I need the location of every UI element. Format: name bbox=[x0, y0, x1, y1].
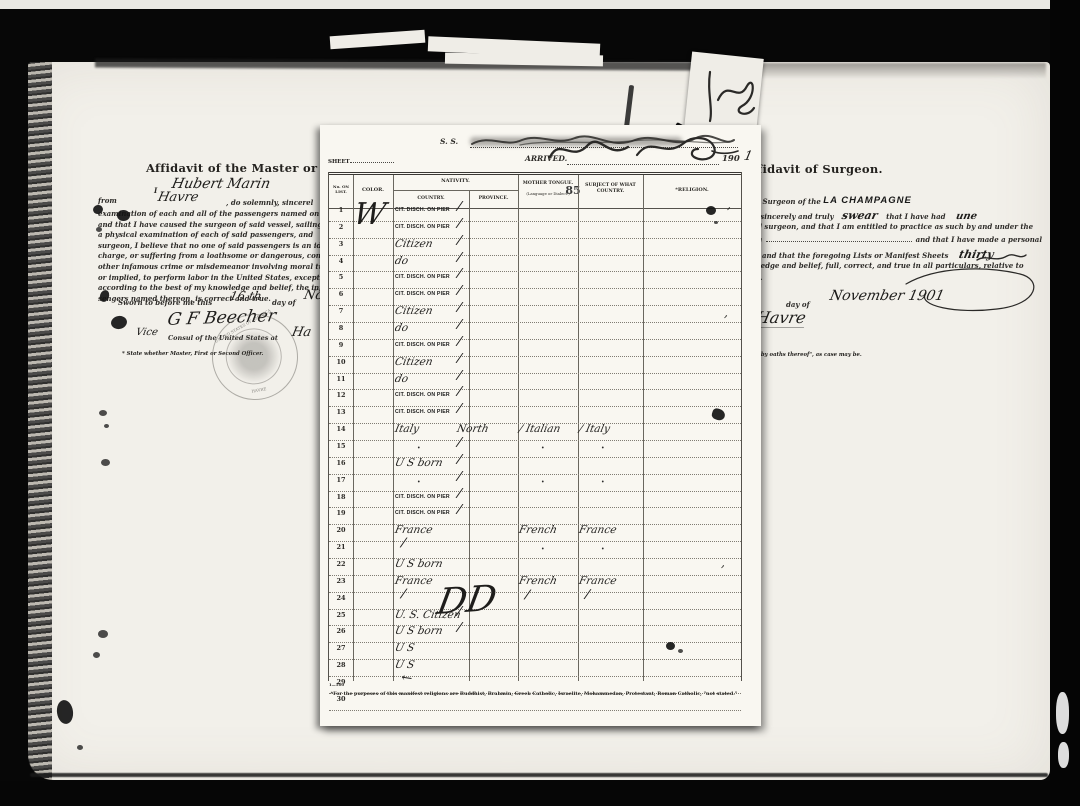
form-code: 1—500 bbox=[329, 682, 344, 687]
manifest-row: 19CIT. DISCH. ON PIER∕ bbox=[329, 508, 741, 525]
line1-print: Surgeon of the bbox=[763, 197, 821, 206]
line4-b: and that I have made a personal bbox=[916, 235, 1042, 244]
cell-mother-tongue: French bbox=[518, 524, 581, 536]
manifest-row: 4do∕ bbox=[329, 256, 741, 273]
manifest-row: 18CIT. DISCH. ON PIER∕ bbox=[329, 492, 741, 509]
cell-province: North bbox=[456, 423, 519, 435]
row-number: 8 bbox=[329, 324, 353, 332]
date-handwriting: November 1901 bbox=[828, 288, 946, 304]
row-number: 24 bbox=[329, 594, 353, 602]
manifest-row: 24∕∕∕ bbox=[329, 593, 741, 610]
scan-edge-top bbox=[0, 0, 1080, 9]
col-color: COLOR. bbox=[353, 187, 393, 193]
cell-subject: • bbox=[579, 546, 665, 553]
from-label: from bbox=[98, 196, 117, 205]
right-affidavit-title: ffidavit of Surgeon. bbox=[752, 162, 883, 176]
manifest-row: 14ItalyNorth∕ Italian∕ Italy bbox=[329, 424, 741, 441]
ink-fleck bbox=[714, 221, 718, 224]
col-subject: SUBJECT OF WHAT COUNTRY. bbox=[578, 183, 643, 195]
ink-blot bbox=[706, 206, 716, 215]
after-port-text: , do solemnly, sincerel bbox=[226, 198, 313, 207]
body-line: or implied, to perform labor in the Unit… bbox=[98, 273, 322, 284]
row-number: 19 bbox=[329, 509, 353, 517]
year-handwriting: 1 bbox=[742, 149, 753, 164]
scan-edge-right bbox=[1050, 0, 1080, 806]
sheet-dotted-blank bbox=[350, 156, 394, 163]
col-province: PROVINCE. bbox=[469, 196, 518, 201]
ink-fleck bbox=[101, 459, 110, 466]
ink-fleck bbox=[98, 630, 108, 638]
row-number: 5 bbox=[329, 273, 353, 281]
manifest-row: 20FranceFrenchFrance bbox=[329, 525, 741, 542]
row-number: 7 bbox=[329, 307, 353, 315]
torn-paper-fragment bbox=[330, 30, 426, 50]
manifest-row: 7Citizen∕ bbox=[329, 306, 741, 323]
manifest-body: 1CIT. DISCH. ON PIER∕2CIT. DISCH. ON PIE… bbox=[329, 205, 741, 681]
seal-text-bottom: HAVRE bbox=[251, 386, 267, 394]
cell-country: U S bbox=[394, 659, 471, 671]
row-number: 15 bbox=[329, 442, 353, 450]
port-handwriting: Havre bbox=[156, 190, 200, 205]
row-number: 27 bbox=[329, 644, 353, 652]
sheet-label: SHEET bbox=[328, 159, 350, 165]
manifest-row: 22U S born bbox=[329, 559, 741, 576]
row-number: 16 bbox=[329, 459, 353, 467]
row-number: 18 bbox=[329, 493, 353, 501]
manifest-row: 2CIT. DISCH. ON PIER∕ bbox=[329, 222, 741, 239]
ink-fleck bbox=[96, 227, 102, 232]
right-affidavit-page: ffidavit of Surgeon. t, Surgeon of the L… bbox=[752, 62, 1048, 780]
edge-highlight bbox=[1058, 742, 1069, 768]
manifest-row: 10Citizen∕ bbox=[329, 357, 741, 374]
ss-label: S. S. bbox=[440, 137, 458, 146]
manifest-row: 21∕•• bbox=[329, 542, 741, 559]
manifest-sheet: SHEET S. S. ARRIVED. 190 1 No. ON LIST. … bbox=[320, 125, 761, 726]
cell-subject: France bbox=[578, 524, 645, 536]
row-number: 9 bbox=[329, 341, 353, 349]
ink-blot bbox=[55, 699, 74, 725]
row-number: 13 bbox=[329, 408, 353, 416]
manifest-row: 16U S born∕ bbox=[329, 458, 741, 475]
row-number: 1 bbox=[329, 206, 353, 214]
line3: nd surgeon, and that I am entitled to pr… bbox=[752, 222, 1033, 231]
manifest-row: 8do∕ bbox=[329, 323, 741, 340]
manifest-row: 28U S bbox=[329, 660, 741, 677]
arrival-date-scrawl bbox=[542, 131, 742, 167]
edge-highlight bbox=[1056, 692, 1069, 734]
ink-fleck bbox=[104, 424, 109, 428]
row-number: 14 bbox=[329, 425, 353, 433]
row-number: 6 bbox=[329, 290, 353, 298]
line2-b: that I have had bbox=[886, 212, 945, 221]
ink-blot bbox=[666, 642, 675, 650]
affidavit-body: examination of each and all of the passe… bbox=[98, 209, 322, 304]
ship-name-stamp: LA CHAMPAGNE bbox=[823, 195, 912, 206]
body-line: other infamous crime or misdemeanor invo… bbox=[98, 262, 322, 273]
manifest-row: 15•∕•• bbox=[329, 441, 741, 458]
body-line: a physical examination of each of said p… bbox=[98, 230, 322, 241]
signature-flourish bbox=[892, 252, 1048, 322]
dotted-blank bbox=[766, 241, 912, 242]
col-religion: *RELIGION. bbox=[643, 187, 741, 193]
manifest-row: 6CIT. DISCH. ON PIER∕ bbox=[329, 289, 741, 306]
manifest-row: 26U S born∕ bbox=[329, 626, 741, 643]
col-nativity: NATIVITY. bbox=[393, 178, 518, 184]
manifest-row: 3Citizen∕ bbox=[329, 239, 741, 256]
row-number: 26 bbox=[329, 627, 353, 635]
place-handwriting: Havre bbox=[754, 308, 808, 328]
sworn-day-handwriting: 16 th bbox=[229, 289, 264, 303]
scan-edge-bottom bbox=[0, 781, 1080, 806]
row-number: 21 bbox=[329, 543, 353, 551]
intro-i: I bbox=[154, 186, 157, 195]
row-number: 28 bbox=[329, 661, 353, 669]
cell-country: U S born bbox=[394, 558, 471, 570]
row-number: 20 bbox=[329, 526, 353, 534]
manifest-row: 9CIT. DISCH. ON PIER∕ bbox=[329, 340, 741, 357]
manifest-header: No. ON LIST. COLOR. NATIVITY. COUNTRY. P… bbox=[329, 172, 741, 209]
row-number: 10 bbox=[329, 358, 353, 366]
line2-a: y, sincerely and truly bbox=[752, 212, 834, 221]
page-bottom-edge bbox=[30, 773, 1048, 777]
cell-subject: • bbox=[579, 479, 665, 486]
body-line: examination of each and all of the passe… bbox=[98, 209, 322, 220]
right-footnote: ed by oaths thereof", as case may be. bbox=[752, 352, 862, 358]
ink-fleck bbox=[77, 745, 83, 750]
ink-fleck bbox=[99, 410, 107, 416]
ink-blot bbox=[110, 315, 128, 331]
row-number: 11 bbox=[329, 375, 353, 383]
body-line: and that I have caused the surgeon of sa… bbox=[98, 220, 322, 231]
row-number: 23 bbox=[329, 577, 353, 585]
vice-handwriting: Vice bbox=[135, 327, 159, 338]
manifest-row: 17•∕•• bbox=[329, 475, 741, 492]
ink-blot bbox=[117, 210, 130, 221]
manifest-footnote: *For the purposes of this manifest relig… bbox=[328, 691, 740, 697]
manifest-row: 5CIT. DISCH. ON PIER∕ bbox=[329, 272, 741, 289]
col-no-on-list: No. ON LIST. bbox=[329, 184, 353, 194]
sworn-pre: Sworn to before me this bbox=[118, 298, 212, 307]
dd-scrawl: DD bbox=[434, 578, 500, 623]
cell-mother-tongue: ∕ Italian bbox=[518, 423, 581, 435]
manifest-row: 25U. S. Citizen∕ bbox=[329, 610, 741, 627]
row-number: 25 bbox=[329, 611, 353, 619]
ink-fleck bbox=[93, 652, 100, 658]
nativity-divider bbox=[393, 190, 518, 191]
left-affidavit-page: Affidavit of the Master or Command I Hub… bbox=[30, 62, 322, 780]
row-number: 3 bbox=[329, 240, 353, 248]
manifest-row: 11do∕ bbox=[329, 374, 741, 391]
manifest-row: 13CIT. DISCH. ON PIER∕ bbox=[329, 407, 741, 424]
cell-mother-tongue: French bbox=[518, 575, 581, 587]
manifest-row: 1CIT. DISCH. ON PIER∕ bbox=[329, 205, 741, 222]
row-number: 17 bbox=[329, 476, 353, 484]
cell-country: France bbox=[394, 524, 471, 536]
ink-fleck bbox=[678, 649, 683, 653]
cell-subject: • bbox=[579, 445, 665, 452]
cell-country: U S bbox=[394, 642, 471, 654]
left-affidavit-title: Affidavit of the Master or Command bbox=[146, 161, 322, 175]
row-number: 2 bbox=[329, 223, 353, 231]
line2-une-hw: une bbox=[955, 211, 978, 222]
cell-subject: ∕ Italy bbox=[578, 423, 645, 435]
scanned-document: Affidavit of the Master or Command I Hub… bbox=[0, 0, 1080, 806]
cell-subject: France bbox=[578, 575, 645, 587]
body-line: surgeon, I believe that no one of said p… bbox=[98, 241, 322, 252]
row-number: 4 bbox=[329, 257, 353, 265]
manifest-row: 12CIT. DISCH. ON PIER∕ bbox=[329, 390, 741, 407]
body-line: charge, or suffering from a loathsome or… bbox=[98, 251, 322, 262]
row-number: 22 bbox=[329, 560, 353, 568]
body-line: according to the best of my knowledge an… bbox=[98, 283, 322, 294]
manifest-table: No. ON LIST. COLOR. NATIVITY. COUNTRY. P… bbox=[328, 172, 742, 681]
row-number: 12 bbox=[329, 391, 353, 399]
line2-swear-hw: swear bbox=[841, 209, 879, 222]
